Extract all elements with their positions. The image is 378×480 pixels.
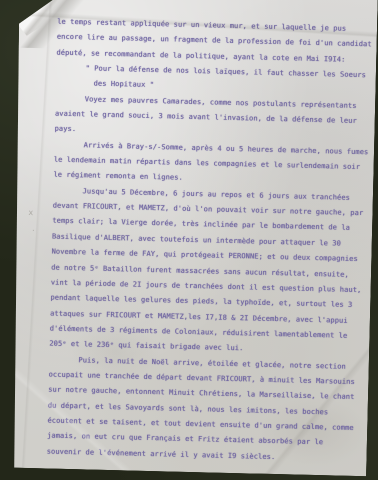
pencil-mark: · — [32, 226, 35, 235]
pencil-mark: x — [28, 208, 33, 217]
letter-page: le temps restant appliquée sur un vieux … — [8, 0, 378, 476]
typewritten-text: le temps restant appliquée sur un vieux … — [46, 15, 371, 468]
